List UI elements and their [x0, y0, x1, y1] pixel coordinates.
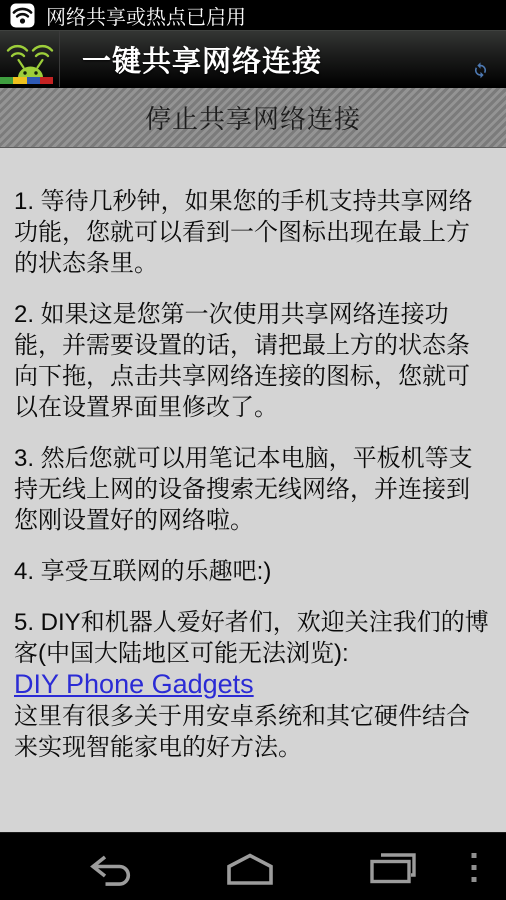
refresh-icon	[471, 60, 490, 79]
instructions-footer: 这里有很多关于用安卓系统和其它硬件结合来实现智能家电的好方法。	[14, 701, 492, 763]
overflow-menu-button[interactable]	[464, 849, 484, 887]
instruction-step-1: 1. 等待几秒钟，如果您的手机支持共享网络功能，您就可以看到一个图标出现在最上方…	[14, 186, 492, 279]
stripe-red	[40, 77, 53, 84]
instructions-panel: 1. 等待几秒钟，如果您的手机支持共享网络功能，您就可以看到一个图标出现在最上方…	[0, 148, 506, 832]
stripe-blue	[27, 77, 40, 84]
back-button[interactable]	[84, 851, 140, 889]
instruction-step-5: 5. DIY和机器人爱好者们，欢迎关注我们的博客(中国大陆地区可能无法浏览):	[14, 607, 492, 669]
status-notification-text: 网络共享或热点已启用	[46, 1, 246, 30]
instruction-step-4: 4. 享受互联网的乐趣吧:)	[14, 556, 492, 587]
home-button[interactable]	[221, 850, 279, 888]
stripe-yellow	[13, 77, 26, 84]
wifi-tethering-icon	[10, 3, 35, 28]
status-bar[interactable]: 网络共享或热点已启用	[0, 0, 506, 30]
navigation-bar	[0, 832, 506, 900]
app-bar: 一键共享网络连接	[0, 30, 506, 88]
accent-color-stripe	[0, 77, 53, 84]
android-robot-wifi-icon	[4, 35, 56, 79]
recent-apps-button[interactable]	[364, 849, 422, 889]
home-icon	[224, 853, 276, 885]
diy-phone-gadgets-link[interactable]: DIY Phone Gadgets	[14, 669, 254, 700]
android-screen: 网络共享或热点已启用 一键共享网络连接	[0, 0, 506, 900]
recent-apps-icon	[367, 852, 419, 886]
overflow-menu-icon	[471, 853, 477, 883]
stop-sharing-button-label: 停止共享网络连接	[145, 99, 361, 136]
refresh-button[interactable]	[469, 58, 492, 81]
instruction-step-3: 3. 然后您就可以用笔记本电脑，平板机等支持无线上网的设备搜索无线网络，并连接到…	[14, 443, 492, 536]
stripe-green	[0, 77, 13, 84]
app-title: 一键共享网络连接	[60, 39, 506, 80]
stop-sharing-button[interactable]: 停止共享网络连接	[0, 88, 506, 148]
back-icon	[88, 854, 136, 887]
instruction-step-2: 2. 如果这是您第一次使用共享网络连接功能，并需要设置的话，请把最上方的状态条向…	[14, 299, 492, 423]
